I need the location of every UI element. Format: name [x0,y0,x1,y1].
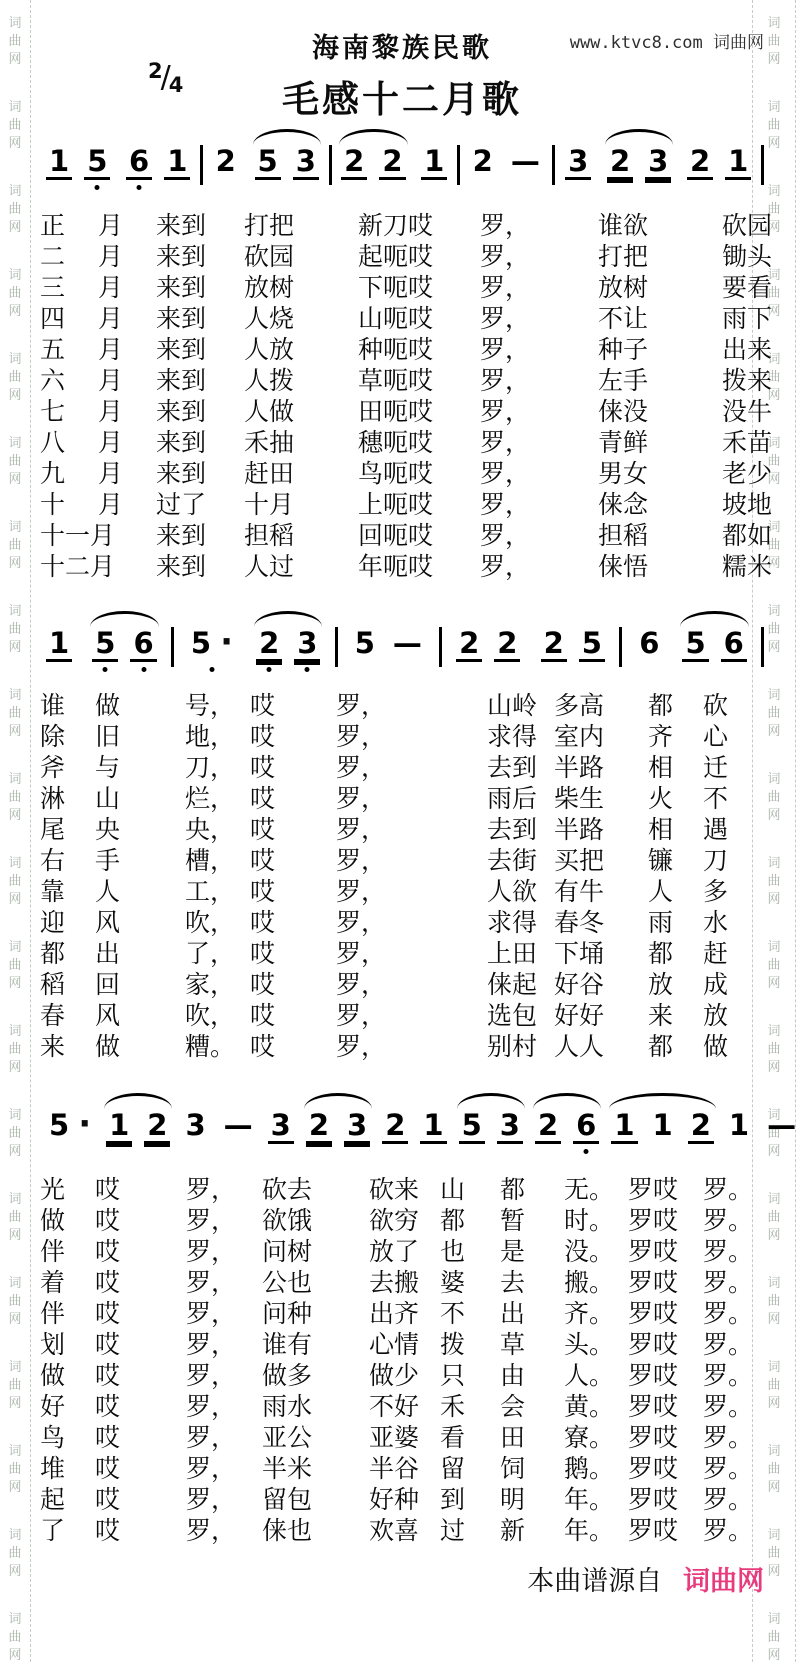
lyric-cell: 四 [40,304,98,335]
lyric-cell: 回呃哎 [358,521,480,552]
lyric-cell: 工， [185,877,250,908]
lyric-cell: 来到 [156,304,244,335]
lyric-cell: 成 [703,970,764,1001]
watermark-char: 词 [0,1106,30,1124]
lyric-cell: 斧 [40,753,95,784]
lyric-cell: 央， [185,815,250,846]
watermark-char: 曲 [0,1460,30,1478]
lyric-cell: 人烧 [244,304,358,335]
lyric-cell: 吹， [185,908,250,939]
watermark-char: 曲 [0,32,30,50]
lyric-cell: 不好 [369,1392,440,1423]
lyric-cell: 哎 [250,1032,336,1063]
lyric-cell: 没。 [564,1237,628,1268]
lyric-cell: 来到 [156,366,244,397]
watermark-char: 词 [0,602,30,620]
watermark-char: 曲 [0,200,30,218]
lyric-cell: 罗哎 [628,1361,703,1392]
note-digit: 3 [648,144,668,178]
lyric-cell: 罗。 [703,1330,764,1361]
lyric-cell: 不 [703,784,764,815]
slur-group: 56 [86,627,162,662]
watermark-char: 词 [753,1610,795,1628]
lyric-cell: 火 [648,784,703,815]
lyric-cell: 哎 [95,1423,186,1454]
lyric-cell: 哎 [95,1299,186,1330]
lyric-cell: 人欲 [487,877,554,908]
lyric-cell: 右 [40,846,95,877]
note-digit: 3 [296,144,316,178]
note-digit: 1 [729,1108,749,1142]
lyric-cell: 吹， [185,1001,250,1032]
lyric-cell: 罗， [336,1001,487,1032]
lyric-cell: 罗。 [703,1392,764,1423]
lyric-cell: 打把 [244,211,358,242]
watermark-char: 网 [0,1562,30,1580]
lyric-cell: 俫悟 [598,552,722,583]
watermark-group: 词曲网 [0,770,30,824]
lyric-cell: 出来 [722,335,764,366]
left-watermark-column: 词曲网词曲网词曲网词曲网词曲网词曲网词曲网词曲网词曲网词曲网词曲网词曲网词曲网词… [0,0,31,1662]
watermark-char: 网 [0,1646,30,1662]
lyric-cell: 哎 [95,1175,186,1206]
note-digit: 2 [216,144,236,178]
lyric-cell: 刀， [185,753,250,784]
barline [329,145,332,185]
watermark-group: 词曲网 [0,602,30,656]
lyric-cell: 买把 [554,846,648,877]
watermark-char: 曲 [753,1628,795,1646]
note-digit: — [767,1108,796,1142]
watermark-char: 词 [0,1610,30,1628]
watermark-char: 词 [0,1274,30,1292]
lyric-cell: 放树 [598,273,722,304]
slur-group: 26 [529,1109,605,1144]
music-line-2: 1565·235—2225656 [40,607,764,679]
watermark-char: 词 [0,770,30,788]
lyric-cell: 半谷 [369,1454,440,1485]
lyric-cell: 来到 [156,242,244,273]
lyric-cell: 起呃哎 [358,242,480,273]
lyric-cell: 哎 [250,970,336,1001]
watermark-char: 曲 [0,1292,30,1310]
lyric-cell: 罗， [336,877,487,908]
music-note: 2 [379,145,405,180]
watermark-char: 网 [0,1226,30,1244]
note-group: 1 [40,627,78,662]
lyric-cell: 罗， [336,846,487,877]
note-digit: 2 [691,1108,711,1142]
slur-group: 112 [605,1109,720,1144]
watermark-char: 网 [0,470,30,488]
time-signature-numerator: 2 [148,59,163,83]
music-note: 3 [497,1109,523,1144]
music-note: 5· [46,1109,94,1141]
note-digit: 5 [191,626,211,660]
lyric-cell: 罗。 [703,1454,764,1485]
source-attribution: 本曲谱源自 词曲网 [40,1559,764,1598]
lyric-block-3: 光哎罗，砍去砍来山都无。罗哎罗。做哎罗，欲饿欲穷都暂时。罗哎罗。伴哎罗，问树放了… [40,1175,764,1547]
lyric-cell [98,552,156,583]
note-digit: 2 [259,626,279,660]
watermark-char: 曲 [0,1208,30,1226]
lyric-cell: 选包 [487,1001,554,1032]
note-digit: 6 [639,626,659,660]
music-note: 6 [126,145,152,180]
lyric-cell: 求得 [487,722,554,753]
watermark-char: 曲 [0,956,30,974]
lyric-cell: 鸟 [40,1423,95,1454]
lyric-cell: 雨后 [487,784,554,815]
lyric-cell: 罗哎 [628,1330,703,1361]
music-note: 6 [130,627,156,662]
barline [619,627,622,667]
lyric-cell: 来到 [156,521,244,552]
lyric-cell: 坡地 [722,490,764,521]
music-note: 5 [84,145,110,180]
lyric-cell: 九 [40,459,98,490]
lyric-cell: 禾苗 [722,428,764,459]
augmentation-dot: · [220,622,233,662]
music-note: 1 [650,1109,676,1144]
lyric-cell: 来 [40,1032,95,1063]
lyric-cell: 也 [440,1237,500,1268]
lyric-cell: 齐。 [564,1299,628,1330]
note-digit: 3 [568,144,588,178]
watermark-char: 词 [0,854,30,872]
lyric-cell: 来到 [156,459,244,490]
watermark-char: 网 [0,50,30,68]
lyric-cell [98,521,156,552]
lyric-cell: 砍来 [369,1175,440,1206]
music-note: 2 [541,627,567,662]
lyric-cell: 不让 [598,304,722,335]
lyric-cell: 亚公 [262,1423,369,1454]
lyric-cell: 月 [98,335,156,366]
lyric-cell: 罗哎 [628,1299,703,1330]
watermark-group: 词曲网 [0,350,30,404]
lyric-cell: 亚婆 [369,1423,440,1454]
barline [552,145,555,185]
lyric-cell: 哎 [250,722,336,753]
watermark-group: 词曲网 [0,1610,30,1662]
watermark-char: 网 [0,302,30,320]
music-note: 1 [106,1109,132,1144]
lyric-cell: 去到 [487,815,554,846]
lyric-cell: 做 [95,691,185,722]
lyric-cell: 七 [40,397,98,428]
watermark-char: 网 [0,1478,30,1496]
music-note: 6 [721,627,747,662]
lyric-cell: 罗， [186,1175,262,1206]
lyric-cell: 相 [648,753,703,784]
lyric-cell: 问种 [262,1299,369,1330]
music-note: 5· [188,627,236,659]
watermark-char: 曲 [0,368,30,386]
lyric-cell: 来到 [156,552,244,583]
lyric-cell: 看 [440,1423,500,1454]
lyric-cell: 罗， [336,815,487,846]
music-note: 2 [470,145,496,177]
music-note: 2 [341,145,367,180]
lyric-cell: 来到 [156,211,244,242]
note-digit: 1 [167,144,187,178]
lyric-cell: 罗， [336,784,487,815]
lyric-cell: 罗， [480,273,598,304]
note-digit: 1 [653,1108,673,1142]
note-group: 61 [120,145,196,180]
lyric-cell: 搬。 [564,1268,628,1299]
attribution-text: 本曲谱源自 [527,1566,662,1596]
music-note: 3 [645,145,671,180]
lyric-cell: 八 [40,428,98,459]
lyric-cell: 十 [40,490,98,521]
watermark-group: 词曲网 [0,1106,30,1160]
lyric-cell: 来到 [156,335,244,366]
note-digit: 2 [690,144,710,178]
lyric-cell: 哎 [95,1392,186,1423]
lyric-cell: 央 [95,815,185,846]
watermark-group: 词曲网 [0,1190,30,1244]
lyric-cell: 春冬 [554,908,648,939]
lyric-cell: 十月 [244,490,358,521]
note-digit: 2 [538,1108,558,1142]
note-digit: 2 [382,144,402,178]
music-note: 1 [611,1109,637,1144]
lyric-cell: 哎 [250,815,336,846]
note-digit: 6 [133,626,153,660]
note-digit: 2 [309,1108,329,1142]
lyric-cell: 罗， [336,722,487,753]
lyric-cell: 俫念 [598,490,722,521]
lyric-cell: 遇 [703,815,764,846]
lyric-cell: 槽， [185,846,250,877]
watermark-group: 词曲网 [0,14,30,68]
lyric-cell: 哎 [250,1001,336,1032]
lyric-cell: 都 [40,939,95,970]
lyric-cell: 赶 [703,939,764,970]
lyric-block-1: 正月来到打把新刀哎罗，谁欲砍园二月来到砍园起呃哎罗，打把锄头三月来到放树下呃哎罗… [40,211,764,583]
watermark-char: 曲 [0,788,30,806]
note-digit: 5 [582,626,602,660]
note-group: 5· [182,627,242,659]
lyric-cell: 罗， [480,335,598,366]
lyric-cell: 谁 [40,691,95,722]
lyric-cell: 着 [40,1268,95,1299]
lyric-cell: 心 [703,722,764,753]
lyric-cell: 男女 [598,459,722,490]
music-note: 2 [144,1109,170,1144]
watermark-group: 词曲网 [0,686,30,740]
note-digit: 2 [610,144,630,178]
lyric-cell: 都 [648,691,703,722]
lyric-cell: 起 [40,1485,95,1516]
lyric-cell: 相 [648,815,703,846]
watermark-char: 网 [0,1310,30,1328]
watermark-char: 词 [0,1022,30,1040]
lyric-cell: 鹅。 [564,1454,628,1485]
lyric-cell: 了 [40,1516,95,1547]
lyric-cell: 新刀哎 [358,211,480,242]
note-group: 25 [535,627,611,662]
lyric-cell: 山 [440,1175,500,1206]
lyric-cell: 打把 [598,242,722,273]
note-digit: — [511,144,540,178]
note-digit: 2 [385,1108,405,1142]
lyric-cell: 砍园 [244,242,358,273]
lyric-cell: 公也 [262,1268,369,1299]
lyric-cell: 老少 [722,459,764,490]
lyric-cell: 好种 [369,1485,440,1516]
note-digit: 5 [355,626,375,660]
lyric-cell: 山岭 [487,691,554,722]
lyric-cell: 做 [95,1032,185,1063]
lyric-cell: 罗。 [703,1175,764,1206]
note-group: 22 [450,627,526,662]
lyric-cell: 罗， [186,1516,262,1547]
note-group: 3 [262,1109,300,1144]
lyric-cell: 时。 [564,1206,628,1237]
note-digit: 5 [462,1108,482,1142]
lyric-cell: 月 [98,211,156,242]
lyric-cell: 哎 [250,939,336,970]
lyric-cell: 出 [95,939,185,970]
note-digit: 2 [147,1108,167,1142]
watermark-group: 词曲网 [0,1442,30,1496]
lyric-cell: 哎 [250,753,336,784]
lyric-cell: 三 [40,273,98,304]
half-note-dash: — [390,627,425,659]
lyric-cell: 柴生 [554,784,648,815]
barline [457,145,460,185]
lyric-cell: 哎 [250,784,336,815]
lyric-cell: 砍去 [262,1175,369,1206]
music-note: 3 [182,1109,208,1141]
note-group: 2 [207,145,245,177]
watermark-group: 词曲网 [0,98,30,152]
lyric-cell: 半路 [554,753,648,784]
lyric-cell: 去 [500,1268,564,1299]
watermark-group: 词曲网 [0,1022,30,1076]
note-digit: 2 [497,626,517,660]
lyric-cell: 做 [40,1361,95,1392]
watermark-char: 网 [753,1646,795,1662]
lyric-cell: 罗。 [703,1299,764,1330]
music-note: 3 [344,1109,370,1144]
lyric-cell: 哎 [95,1237,186,1268]
lyric-cell: 罗哎 [628,1237,703,1268]
lyric-cell: 年呃哎 [358,552,480,583]
lyric-cell: 罗， [186,1361,262,1392]
watermark-char: 网 [0,1142,30,1160]
note-group: 15 [40,145,116,180]
lyric-cell: 担稻 [244,521,358,552]
lyric-cell: 人 [95,877,185,908]
lyric-cell: 人拨 [244,366,358,397]
watermark-char: 曲 [0,116,30,134]
note-digit: 6 [724,626,744,660]
watermark-char: 词 [0,434,30,452]
music-note: 3 [293,145,319,180]
lyric-cell: 饲 [500,1454,564,1485]
lyric-cell: 哎 [95,1330,186,1361]
music-note: 2 [256,627,282,662]
watermark-char: 网 [0,974,30,992]
barline [761,627,764,667]
lyric-cell: 除 [40,722,95,753]
lyric-cell: 新 [500,1516,564,1547]
lyric-cell: 十一月 [40,521,98,552]
music-note: 3 [268,1109,294,1144]
lyric-cell: 号， [185,691,250,722]
note-group: 1— [720,1109,800,1141]
lyric-block-2: 谁做号，哎罗，山岭多高都砍除旧地，哎罗，求得室内齐心斧与刀，哎罗，去到半路相迁淋… [40,691,764,1063]
lyric-cell: 划 [40,1330,95,1361]
lyric-cell: 寮。 [564,1423,628,1454]
lyric-cell: 地， [185,722,250,753]
lyric-cell: 哎 [95,1361,186,1392]
lyric-cell: 砍 [703,691,764,722]
watermark-char: 网 [0,722,30,740]
lyric-cell: 明 [500,1485,564,1516]
watermark-char: 曲 [0,1376,30,1394]
lyric-cell: 伴 [40,1299,95,1330]
note-digit: 1 [49,144,69,178]
lyric-cell: 放 [703,1001,764,1032]
music-note: 2 [687,145,713,180]
note-digit: 1 [109,1108,129,1142]
lyric-cell: 糟。 [185,1032,250,1063]
music-note: 1 [46,145,72,180]
watermark-char: 网 [0,134,30,152]
watermark-group: 词曲网 [0,518,30,572]
note-digit: 5 [258,144,278,178]
note-digit: 3 [347,1108,367,1142]
lyric-cell: 月 [98,490,156,521]
lyric-cell: 风 [95,908,185,939]
watermark-char: 词 [0,350,30,368]
lyric-cell: 头。 [564,1330,628,1361]
lyric-cell: 田呃哎 [358,397,480,428]
note-digit: 2 [544,626,564,660]
watermark-char: 词 [0,98,30,116]
lyric-cell: 去街 [487,846,554,877]
lyric-cell: 种子 [598,335,722,366]
note-digit: 5 [87,144,107,178]
lyric-cell: 人 [648,877,703,908]
lyric-cell: 多高 [554,691,648,722]
lyric-cell: 人放 [244,335,358,366]
lyric-cell: 哎 [95,1485,186,1516]
note-group: 5· [40,1109,100,1141]
lyric-cell: 月 [98,273,156,304]
lyric-cell: 罗， [186,1454,262,1485]
lyric-cell: 留包 [262,1485,369,1516]
lyric-cell: 都 [648,939,703,970]
lyric-cell: 都 [440,1206,500,1237]
lyric-cell: 做 [40,1206,95,1237]
lyric-cell: 过 [440,1516,500,1547]
note-digit: 3 [500,1108,520,1142]
music-note: 5 [579,627,605,662]
sheet-music-page: www.ktvc8.com 词曲网 海南黎族民歌 毛感十二月歌 2/4 1561… [40,0,764,1598]
lyric-cell: 去到 [487,753,554,784]
music-note: 6 [573,1109,599,1144]
lyric-cell: 罗。 [703,1423,764,1454]
lyric-cell: 半米 [262,1454,369,1485]
lyric-cell: 禾抽 [244,428,358,459]
lyric-cell: 罗。 [703,1237,764,1268]
